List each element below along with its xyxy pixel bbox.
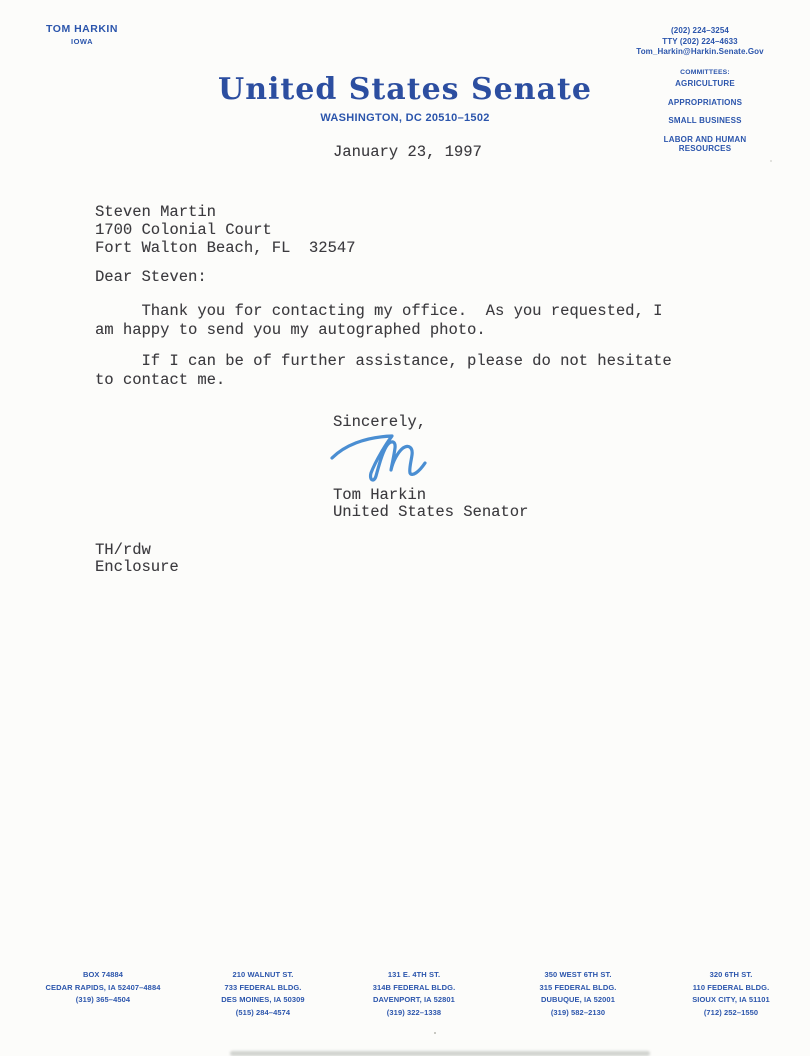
enclosure-note: Enclosure (95, 558, 179, 576)
contact-email: Tom_Harkin@Harkin.Senate.Gov (595, 47, 805, 58)
signer-name: Tom Harkin (333, 486, 426, 504)
letter-date: January 23, 1997 (333, 143, 482, 161)
contact-phone: (202) 224–3254 (595, 26, 805, 37)
scan-edge-shadow (230, 1051, 650, 1056)
sender-name: TOM HARKIN (22, 23, 142, 35)
senate-title: United States Senate (0, 74, 810, 106)
signature-stroke (328, 428, 443, 486)
senate-address: WASHINGTON, DC 20510–1502 (0, 112, 810, 124)
sender-block: TOM HARKIN IOWA (22, 23, 142, 46)
body-paragraph-2: If I can be of further assistance, pleas… (95, 352, 672, 389)
letter-page: TOM HARKIN IOWA (202) 224–3254 TTY (202)… (0, 0, 810, 1056)
salutation: Dear Steven: (95, 268, 207, 286)
signature-image (328, 428, 443, 486)
recipient-address: Steven Martin 1700 Colonial Court Fort W… (95, 203, 355, 257)
office-des-moines: 210 WALNUT ST. 733 FEDERAL BLDG. DES MOI… (221, 969, 304, 1019)
committee-labor-human-resources: LABOR AND HUMAN RESOURCES (625, 135, 785, 154)
office-cedar-rapids: BOX 74884 CEDAR RAPIDS, IA 52407–4884 (3… (46, 969, 161, 1007)
contact-tty: TTY (202) 224–4633 (595, 37, 805, 48)
contact-block: (202) 224–3254 TTY (202) 224–4633 Tom_Ha… (595, 26, 805, 58)
office-dubuque: 350 WEST 6TH ST. 315 FEDERAL BLDG. DUBUQ… (540, 969, 617, 1019)
office-sioux-city: 320 6TH ST. 110 FEDERAL BLDG. SIOUX CITY… (692, 969, 770, 1019)
signer-title: United States Senator (333, 503, 528, 521)
reference-initials: TH/rdw (95, 541, 151, 559)
office-davenport: 131 E. 4TH ST. 314B FEDERAL BLDG. DAVENP… (373, 969, 456, 1019)
paper-speck (770, 160, 772, 162)
body-paragraph-1: Thank you for contacting my office. As y… (95, 302, 662, 339)
sender-state: IOWA (22, 37, 142, 46)
masthead: United States Senate WASHINGTON, DC 2051… (0, 74, 810, 124)
paper-speck (434, 1032, 436, 1034)
